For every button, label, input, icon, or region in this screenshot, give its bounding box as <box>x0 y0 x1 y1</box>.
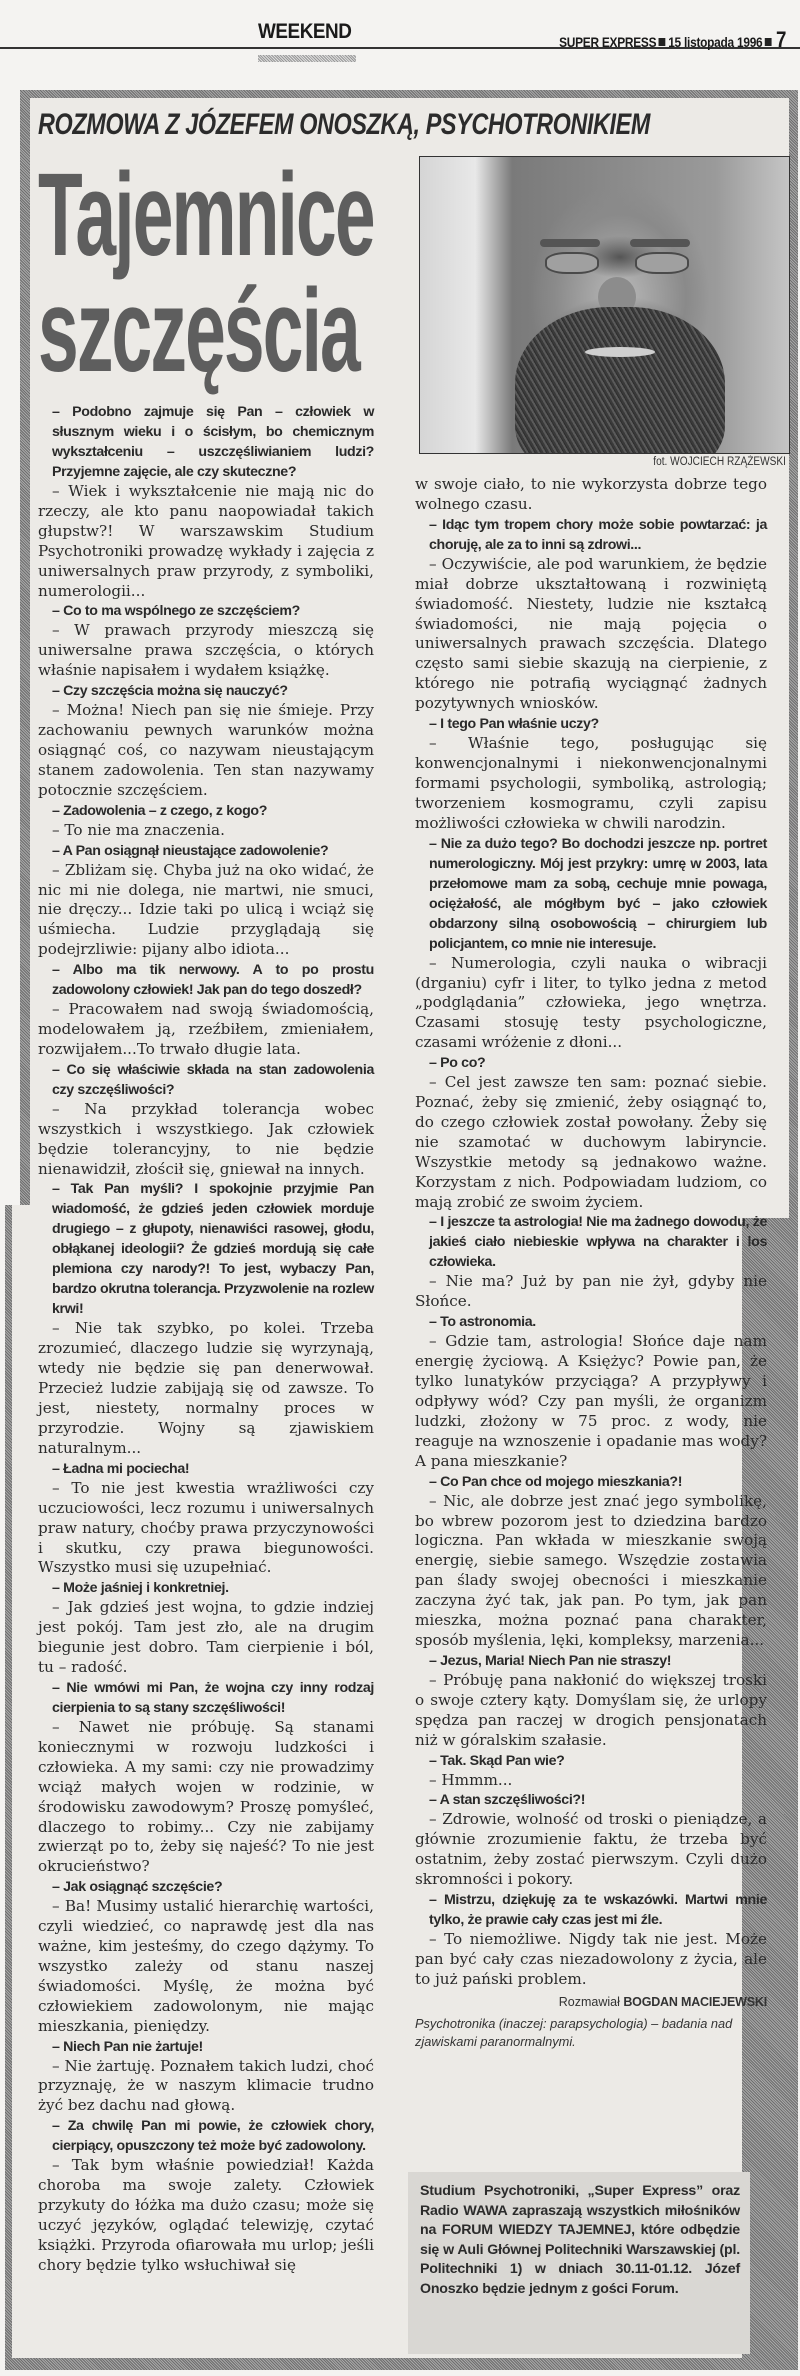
interview-question: – Co to ma wspólnego ze szczęściem? <box>52 601 374 621</box>
interview-answer: – Nie żartuję. Poznałem takich ludzi, ch… <box>38 2057 374 2117</box>
interview-answer: – Zbliżam się. Chyba już na oko widać, ż… <box>38 861 374 961</box>
interview-answer: – Oczywiście, ale pod warunkiem, że będz… <box>415 555 767 714</box>
interview-question: – Tak Pan myśli? I spokojnie przyjmie Pa… <box>52 1179 374 1319</box>
headline-line-1: Tajemnice <box>38 158 267 274</box>
interview-question: – I tego Pan właśnie uczy? <box>429 714 767 734</box>
interview-question: – Za chwilę Pan mi powie, że człowiek ch… <box>52 2116 374 2156</box>
interview-question: – To astronomia. <box>429 1312 767 1332</box>
article-headline: Tajemnice szczęścia <box>38 158 408 389</box>
interview-question: – Zadowolenia – z czego, z kogo? <box>52 801 374 821</box>
section-underline <box>258 55 356 62</box>
interview-answer: – W prawach przyrody mieszczą się uniwer… <box>38 621 374 681</box>
article-column-left: – Podobno zajmuje się Pan – człowiek w s… <box>38 402 374 2276</box>
interview-question: – Nie wmówi mi Pan, że wojna czy inny ro… <box>52 1678 374 1718</box>
interview-question: – A Pan osiągnął nieustające zadowolenie… <box>52 841 374 861</box>
interview-question: – Podobno zajmuje się Pan – człowiek w s… <box>52 402 374 482</box>
headline-line-2: szczęścia <box>38 274 267 390</box>
interview-answer: – Próbuję pana nakłonić do większej tros… <box>415 1671 767 1751</box>
portrait-photo <box>419 156 790 454</box>
article-column-right-body: w swoje ciało, to nie wykorzysta dobrze … <box>415 475 767 1990</box>
byline-author: BOGDAN MACIEJEWSKI <box>623 1995 767 2009</box>
interview-answer: – Gdzie tam, astrologia! Słońce daje nam… <box>415 1332 767 1471</box>
interview-answer: – Numerologia, czyli nauka o wibracji (d… <box>415 954 767 1054</box>
event-promo-box: Studium Psychotroniki, „Super Express” o… <box>408 2172 750 2354</box>
interview-answer: – Zdrowie, wolność od troski o pieniądze… <box>415 1810 767 1890</box>
interview-answer: – Ba! Musimy ustalić hierarchię wartości… <box>38 1897 374 2036</box>
interview-question: – Niech Pan nie żartuje! <box>52 2037 374 2057</box>
interview-answer: – To nie jest kwestia wrażliwości czy uc… <box>38 1479 374 1579</box>
interview-answer: – To niemożliwe. Nigdy tak nie jest. Moż… <box>415 1930 767 1990</box>
interview-answer: – Jak gdzieś jest wojna, to gdzie indzie… <box>38 1598 374 1678</box>
interview-question: – Albo ma tik nerwowy. A to po prostu za… <box>52 960 374 1000</box>
interview-question: – Idąc tym tropem chory może sobie powta… <box>429 515 767 555</box>
square-bullet-icon <box>765 38 772 46</box>
interview-question: – Jak osiągnąć szczęście? <box>52 1877 374 1897</box>
interview-answer: – Na przykład tolerancja wobec wszystkic… <box>38 1100 374 1180</box>
interview-answer: – Wiek i wykształcenie nie mają nic do r… <box>38 482 374 601</box>
interview-answer: – Hmmm... <box>415 1771 767 1791</box>
masthead: WEEKEND SUPER EXPRESS15 listopada 19967 <box>0 0 800 60</box>
interview-question: – Mistrzu, dziękuję za te wskazówki. Mar… <box>429 1890 767 1930</box>
paper-info: SUPER EXPRESS15 listopada 19967 <box>559 27 786 53</box>
interview-question: – I jeszcze ta astrologia! Nie ma żadneg… <box>429 1212 767 1272</box>
interview-answer: – Nie ma? Już by pan nie żył, gdyby nie … <box>415 1272 767 1312</box>
interview-answer: – Tak bym właśnie powiedział! Każda chor… <box>38 2156 374 2275</box>
issue-date: 15 listopada 1996 <box>668 34 762 50</box>
interview-question: – Czy szczęścia można się nauczyć? <box>52 681 374 701</box>
section-title: WEEKEND <box>258 20 351 44</box>
article-kicker: ROZMOWA Z JÓZEFEM ONOSZKĄ, PSYCHOTRONIKI… <box>38 108 650 142</box>
interview-answer: – To nie ma znaczenia. <box>38 821 374 841</box>
photo-credit: fot. WOJCIECH RZĄŻEWSKI <box>587 456 786 468</box>
article-column-right: w swoje ciało, to nie wykorzysta dobrze … <box>415 475 767 2051</box>
interview-question: – Ładna mi pociecha! <box>52 1459 374 1479</box>
byline: Rozmawiał BOGDAN MACIEJEWSKI <box>415 1993 767 2013</box>
interview-answer: – Nie tak szybko, po kolei. Trzeba zrozu… <box>38 1319 374 1458</box>
interview-answer: – Można! Niech pan się nie śmieje. Przy … <box>38 701 374 801</box>
footnote: Psychotronika (inaczej: parapsychologia)… <box>415 2015 767 2051</box>
interview-question: – Jezus, Maria! Niech Pan nie straszy! <box>429 1651 767 1671</box>
interview-question: – Co się właściwie składa na stan zadowo… <box>52 1060 374 1100</box>
interview-answer: – Pracowałem nad swoją świadomością, mod… <box>38 1000 374 1060</box>
interview-answer: w swoje ciało, to nie wykorzysta dobrze … <box>415 475 767 515</box>
interview-answer: – Nawet nie próbuję. Są stanami konieczn… <box>38 1718 374 1877</box>
interview-answer: – Nic, ale dobrze jest znać jego symboli… <box>415 1492 767 1651</box>
interview-answer: – Właśnie tego, posługując się konwencjo… <box>415 734 767 834</box>
interview-question: – Tak. Skąd Pan wie? <box>429 1751 767 1771</box>
paper-name: SUPER EXPRESS <box>559 34 656 50</box>
interview-question: – Co Pan chce od mojego mieszkania?! <box>429 1472 767 1492</box>
interview-question: – A stan szczęśliwości?! <box>429 1790 767 1810</box>
byline-prefix: Rozmawiał <box>559 1995 620 2009</box>
interview-question: – Może jaśniej i konkretniej. <box>52 1578 374 1598</box>
interview-question: – Nie za dużo tego? Bo dochodzi jeszcze … <box>429 834 767 954</box>
interview-answer: – Cel jest zawsze ten sam: poznać siebie… <box>415 1073 767 1212</box>
square-bullet-icon <box>659 38 666 46</box>
interview-question: – Po co? <box>429 1053 767 1073</box>
page-number: 7 <box>776 27 786 52</box>
